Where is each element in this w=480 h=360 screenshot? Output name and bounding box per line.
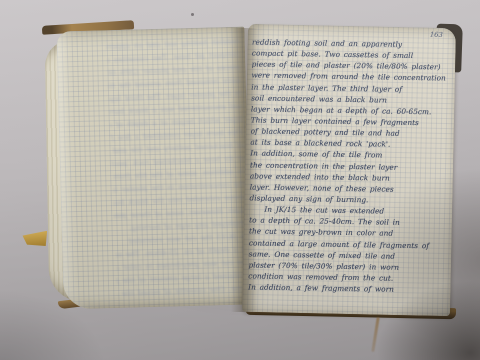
left-page-blank: reddish footing soil and an apparently c… [56,27,251,310]
table-scratch-mark [371,317,379,352]
page-number: 163 [430,31,443,39]
right-page-written: 163 reddish footing soil and an apparent… [242,24,456,316]
bookmark-tab [22,231,48,249]
notebook-photo-scene: reddish footing soil and an apparently c… [0,0,480,360]
handwriting-line: In addition, a few fragments of worn [248,282,444,296]
ink-show-through: reddish footing soil and an apparently c… [106,35,250,304]
table-speck [191,13,194,16]
handwritten-entry: reddish footing soil and an apparently c… [248,36,448,295]
